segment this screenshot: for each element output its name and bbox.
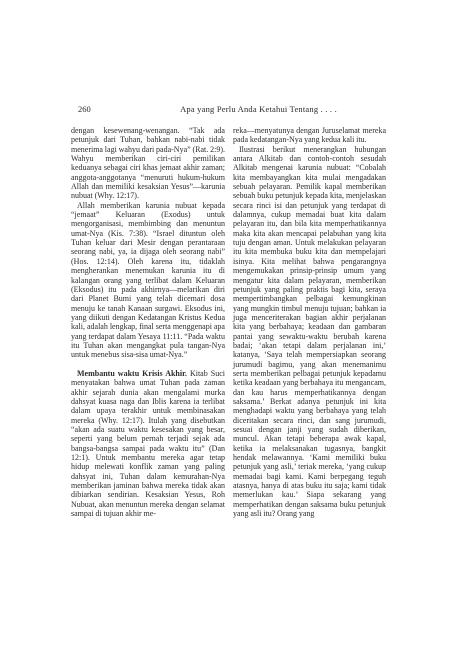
running-title: Apa yang Perlu Anda Ketahui Tentang . . … xyxy=(131,103,386,115)
paragraph: Allah memberikan karunia nubuat kepada “… xyxy=(71,201,225,360)
page-number: 260 xyxy=(78,103,91,115)
running-header: 260 Apa yang Perlu Anda Ketahui Tentang … xyxy=(71,103,386,115)
paragraph-continuation: dengan kesewenang-wenangan. “Tak ada pet… xyxy=(71,126,225,201)
paragraph-with-run-in-heading: Membantu waktu Krisis Akhir. Kitab Suci … xyxy=(71,369,225,519)
scanned-book-page: 260 Apa yang Perlu Anda Ketahui Tentang … xyxy=(0,0,460,650)
text-column-left: dengan kesewenang-wenangan. “Tak ada pet… xyxy=(71,126,225,518)
paragraph-text: Kitab Suci menyatakan bahwa umat Tuhan p… xyxy=(71,369,225,518)
text-column-right: reka—menyatunya dengan Juruselamat merek… xyxy=(233,126,386,518)
run-in-heading: Membantu waktu Krisis Akhir. xyxy=(77,369,187,378)
paragraph: Ilustrasi berikut menerangkan hubungan a… xyxy=(233,145,386,519)
paragraph-continuation: reka—menyatunya dengan Juruselamat merek… xyxy=(233,126,386,145)
